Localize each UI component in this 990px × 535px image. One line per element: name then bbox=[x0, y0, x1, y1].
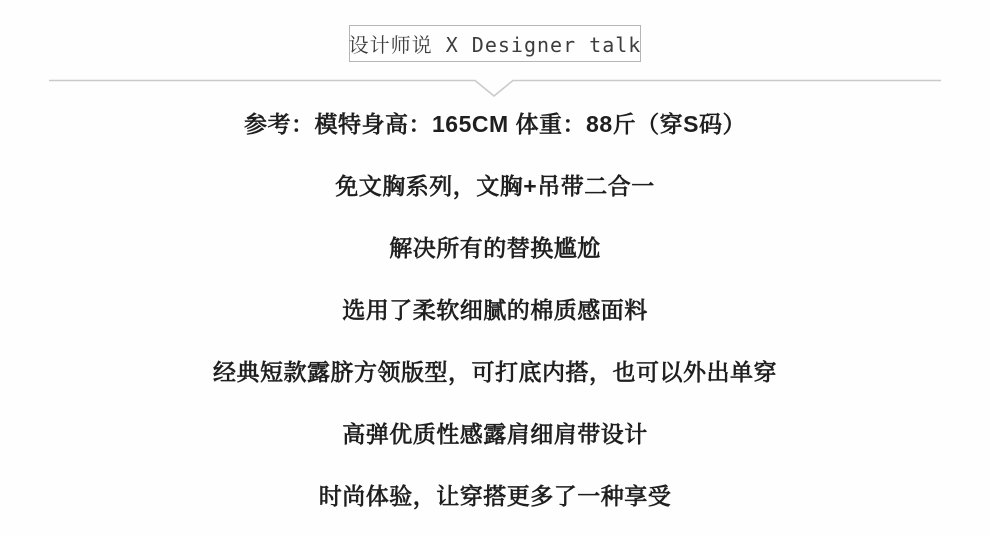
description-line-strap: 高弹优质性感露肩细肩带设计 bbox=[0, 403, 990, 465]
product-description-panel: 设计师说 X Designer talk 参考：模特身高：165CM 体重：88… bbox=[0, 0, 990, 535]
description-line-fabric: 选用了柔软细腻的棉质感面料 bbox=[0, 279, 990, 341]
description-line-solve: 解决所有的替换尴尬 bbox=[0, 217, 990, 279]
description-line-reference: 参考：模特身高：165CM 体重：88斤（穿S码） bbox=[0, 93, 990, 155]
description-text: 参考：模特身高：165CM 体重：88斤（穿S码） 免文胸系列，文胸+吊带二合一… bbox=[0, 93, 990, 527]
section-title-box: 设计师说 X Designer talk bbox=[349, 25, 641, 62]
description-line-series: 免文胸系列，文胸+吊带二合一 bbox=[0, 155, 990, 217]
description-line-style: 经典短款露脐方领版型，可打底内搭，也可以外出单穿 bbox=[0, 341, 990, 403]
description-line-fashion: 时尚体验，让穿搭更多了一种享受 bbox=[0, 465, 990, 527]
section-title: 设计师说 X Designer talk bbox=[349, 29, 642, 58]
